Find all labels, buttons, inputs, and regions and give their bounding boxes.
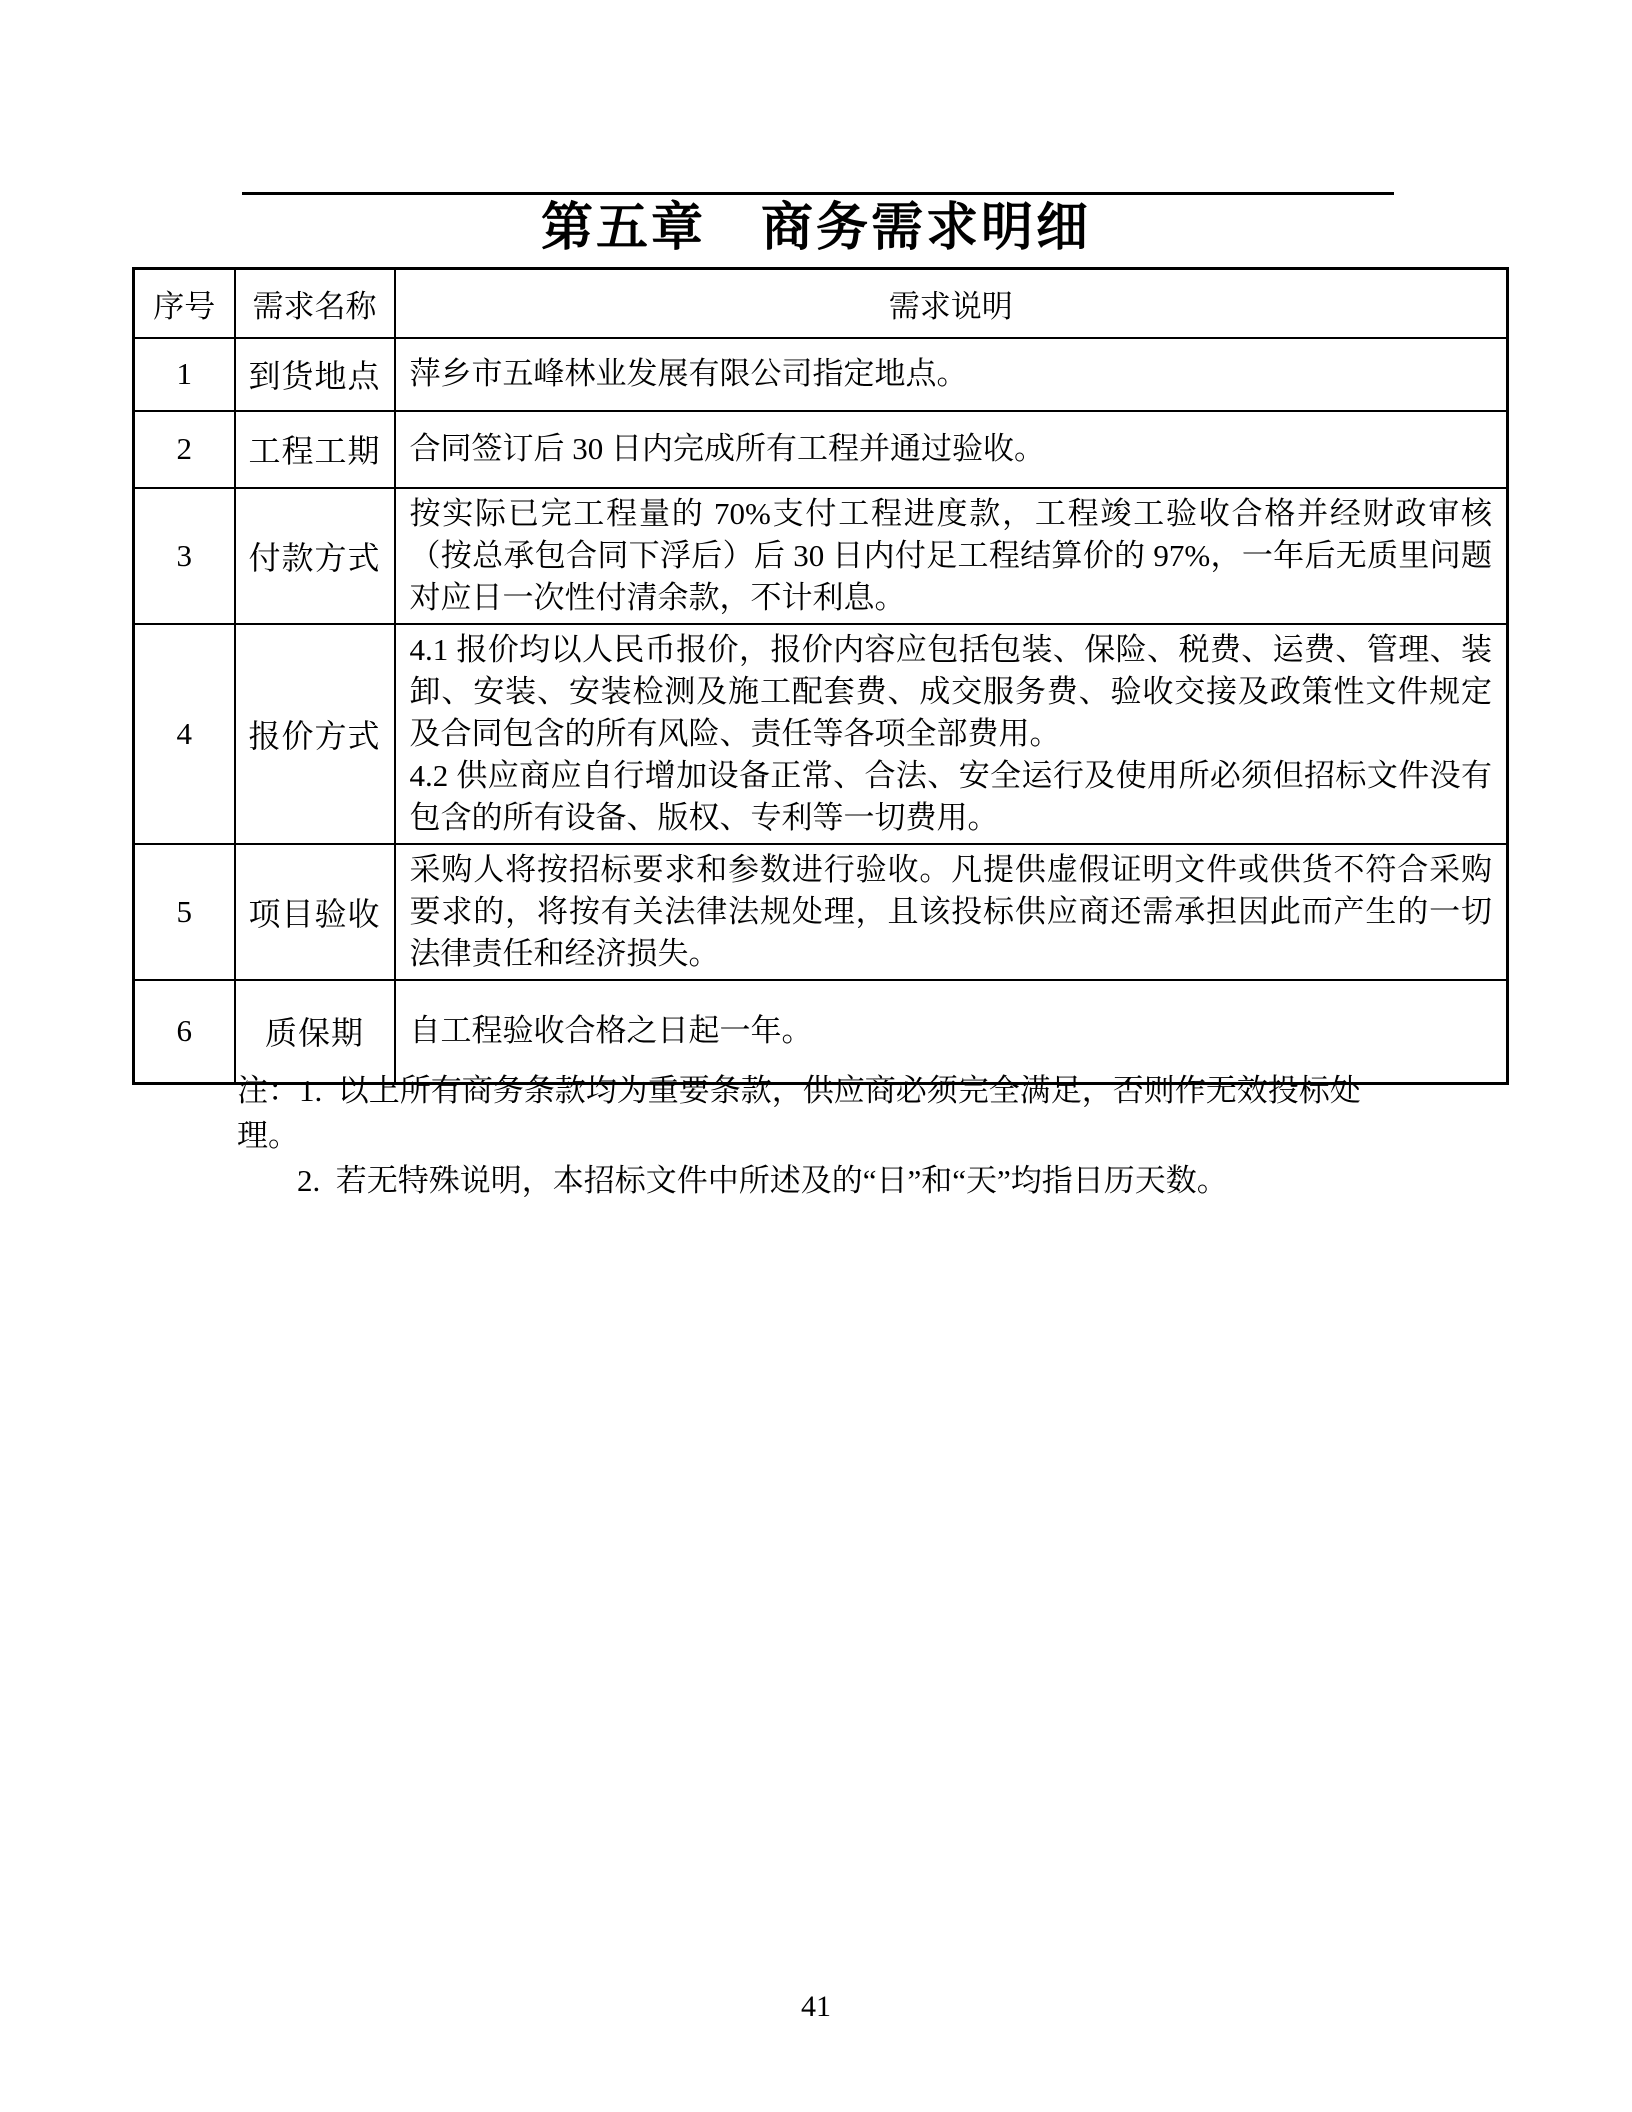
table-row: 3 付款方式 按实际已完工程量的 70%支付工程进度款，工程竣工验收合格并经财政… xyxy=(134,488,1508,624)
document-page: 第五章 商务需求明细 序号 需求名称 需求说明 1 到货地点 萍乡市五峰林业发展… xyxy=(0,0,1632,2112)
table-row: 4 报价方式 4.1 报价均以人民币报价，报价内容应包括包装、保险、税费、运费、… xyxy=(134,624,1508,844)
requirement-desc-cell: 萍乡市五峰林业发展有限公司指定地点。 xyxy=(395,338,1508,411)
requirement-desc-cell: 4.1 报价均以人民币报价，报价内容应包括包装、保险、税费、运费、管理、装卸、安… xyxy=(395,624,1508,844)
row-number-cell: 5 xyxy=(134,844,235,980)
note-1-line-2: 理。 xyxy=(237,1113,1432,1158)
table-header-row: 序号 需求名称 需求说明 xyxy=(134,269,1508,338)
page-number: 41 xyxy=(0,1990,1632,2024)
row-number-cell: 4 xyxy=(134,624,235,844)
chapter-title: 第五章 商务需求明细 xyxy=(0,198,1632,258)
requirement-desc-cell: 采购人将按招标要求和参数进行验收。凡提供虚假证明文件或供货不符合采购要求的，将按… xyxy=(395,844,1508,980)
header-cell-requirement-desc: 需求说明 xyxy=(395,269,1508,338)
table-row: 5 项目验收 采购人将按招标要求和参数进行验收。凡提供虚假证明文件或供货不符合采… xyxy=(134,844,1508,980)
notes-section: 注：1. 以上所有商务条款均为重要条款，供应商必须完全满足，否则作无效投标处 理… xyxy=(237,1068,1432,1203)
table-row: 2 工程工期 合同签订后 30 日内完成所有工程并通过验收。 xyxy=(134,411,1508,488)
row-number-cell: 6 xyxy=(134,980,235,1084)
header-cell-serial-no: 序号 xyxy=(134,269,235,338)
requirement-desc-cell: 合同签订后 30 日内完成所有工程并通过验收。 xyxy=(395,411,1508,488)
requirements-table: 序号 需求名称 需求说明 1 到货地点 萍乡市五峰林业发展有限公司指定地点。 2… xyxy=(132,267,1509,1085)
requirement-name-cell: 工程工期 xyxy=(235,411,395,488)
row-number-cell: 2 xyxy=(134,411,235,488)
requirement-name-cell: 项目验收 xyxy=(235,844,395,980)
requirement-name-cell: 付款方式 xyxy=(235,488,395,624)
requirement-desc-cell: 按实际已完工程量的 70%支付工程进度款，工程竣工验收合格并经财政审核（按总承包… xyxy=(395,488,1508,624)
row-number-cell: 3 xyxy=(134,488,235,624)
requirement-name-cell: 到货地点 xyxy=(235,338,395,411)
header-cell-requirement-name: 需求名称 xyxy=(235,269,395,338)
note-1-line-1: 注：1. 以上所有商务条款均为重要条款，供应商必须完全满足，否则作无效投标处 xyxy=(237,1068,1432,1113)
row-number-cell: 1 xyxy=(134,338,235,411)
table-row: 1 到货地点 萍乡市五峰林业发展有限公司指定地点。 xyxy=(134,338,1508,411)
requirement-name-cell: 报价方式 xyxy=(235,624,395,844)
header-divider-line xyxy=(242,192,1394,195)
note-2: 2. 若无特殊说明，本招标文件中所述及的“日”和“天”均指日历天数。 xyxy=(237,1158,1432,1203)
